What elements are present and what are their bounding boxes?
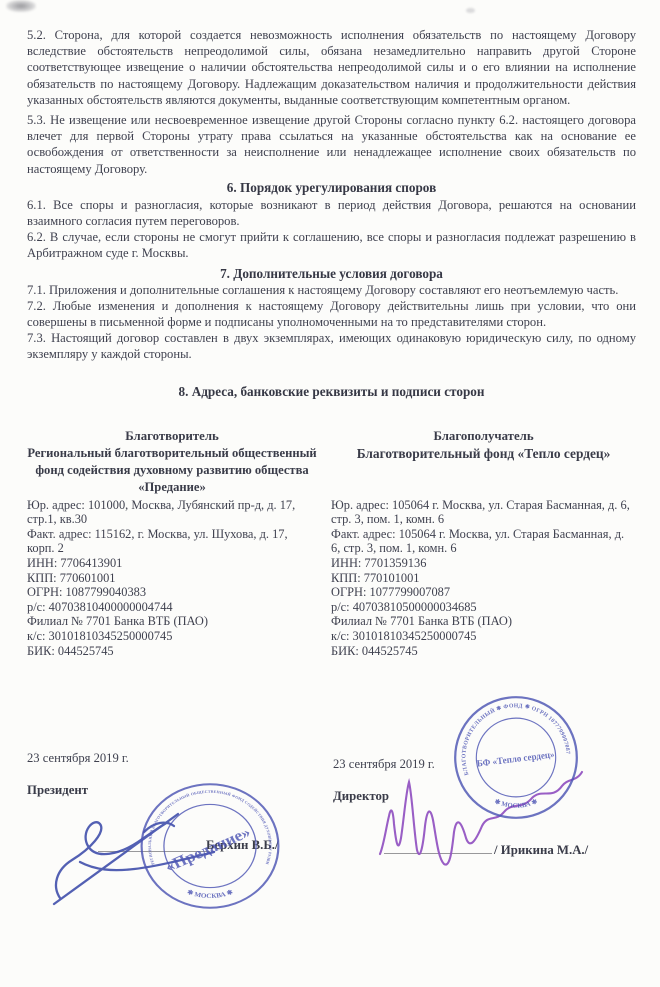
benefactor-signature-line [98,851,210,852]
benefactor-title: Президент [27,783,88,798]
beneficiary-header: Благополучатель Благотворительный фонд «… [331,428,636,498]
clause-5-2: 5.2. Сторона, для которой создается нево… [27,27,636,108]
beneficiary-signatory-name: / Ирикина М.А./ [494,843,588,858]
section-7-heading: 7. Дополнительные условия договора [27,265,636,282]
beneficiary-stamp-ring-text: БЛАГОТВОРИТЕЛЬНЫЙ ✱ ФОНД ✱ ОГРН 10777990… [461,703,570,776]
beneficiary-name: Благотворительный фонд «Тепло сердец» [331,445,636,462]
detail-line: р/с: 40703810400000004744 [27,600,317,615]
detail-line: КПП: 770101001 [331,571,636,586]
benefactor-signature-ink [46,798,226,910]
detail-line: БИК: 044525745 [27,644,317,659]
clause-7-3: 7.3. Настоящий договор составлен в двух … [27,330,636,362]
beneficiary-details: Юр. адрес: 105064 г. Москва, ул. Старая … [331,498,636,659]
clause-7-2: 7.2. Любые изменения и дополнения к наст… [27,298,636,330]
benefactor-signatory-name: Берхин В.Б./ [206,838,279,853]
requisites-columns: Благотворитель Региональный благотворите… [27,428,636,659]
detail-line: р/с: 40703810500000034685 [331,600,636,615]
detail-line: ОГРН: 1077799007087 [331,585,636,600]
clause-5-3: 5.3. Не извещение или несвоевременное из… [27,112,636,177]
beneficiary-signature-ink [376,766,590,876]
benefactor-header: Благотворитель Региональный благотворите… [27,428,317,498]
benefactor-column: Благотворитель Региональный благотворите… [27,428,317,659]
svg-text:✱ МОСКВА ✱: ✱ МОСКВА ✱ [186,888,235,900]
clause-7-1: 7.1. Приложения и дополнительные соглаше… [27,282,636,298]
detail-line: Филиал № 7701 Банка ВТБ (ПАО) [27,614,317,629]
detail-line: Факт. адрес: 105064 г. Москва, ул. Стара… [331,527,636,556]
section-8-heading: 8. Адреса, банковские реквизиты и подпис… [27,383,636,400]
beneficiary-stamp-bottom-text: ✱ МОСКВА ✱ [493,797,539,810]
svg-text:РЕГИОНАЛЬНЫЙ БЛАГОТВОРИТЕЛЬНЫЙ: РЕГИОНАЛЬНЫЙ БЛАГОТВОРИТЕЛЬНЫЙ ОБЩЕСТВЕН… [138,781,272,865]
beneficiary-date: 23 сентября 2019 г. [333,757,435,772]
detail-line: Филиал № 7701 Банка ВТБ (ПАО) [331,614,636,629]
contract-body: 5.2. Сторона, для которой создается нево… [0,0,660,658]
benefactor-stamp: РЕГИОНАЛЬНЫЙ БЛАГОТВОРИТЕЛЬНЫЙ ОБЩЕСТВЕН… [138,781,282,911]
detail-line: Факт. адрес: 115162, г. Москва, ул. Шухо… [27,527,317,556]
benefactor-stamp-ring-text: РЕГИОНАЛЬНЫЙ БЛАГОТВОРИТЕЛЬНЫЙ ОБЩЕСТВЕН… [138,781,272,865]
section-6-heading: 6. Порядок урегулирования споров [27,179,636,196]
svg-text:✱ МОСКВА ✱: ✱ МОСКВА ✱ [493,797,539,810]
detail-line: КПП: 770601001 [27,571,317,586]
detail-line: Юр. адрес: 101000, Москва, Лубянский пр-… [27,498,317,527]
benefactor-stamp-center-text: «Предание» [161,823,253,876]
beneficiary-column: Благополучатель Благотворительный фонд «… [331,428,636,659]
detail-line: к/с: 30101810345250000745 [331,629,636,644]
benefactor-role: Благотворитель [27,428,317,445]
benefactor-details: Юр. адрес: 101000, Москва, Лубянский пр-… [27,498,317,659]
detail-line: БИК: 044525745 [331,644,636,659]
beneficiary-stamp: БЛАГОТВОРИТЕЛЬНЫЙ ✱ ФОНД ✱ ОГРН 10777990… [452,694,580,821]
clause-6-1: 6.1. Все споры и разногласия, которые во… [27,197,636,229]
beneficiary-role: Благополучатель [331,428,636,445]
beneficiary-stamp-center-text: БФ «Тепло сердец» [476,749,555,769]
benefactor-date: 23 сентября 2019 г. [27,751,129,766]
svg-text:БЛАГОТВОРИТЕЛЬНЫЙ ✱ ФОНД ✱ ОГР: БЛАГОТВОРИТЕЛЬНЫЙ ✱ ФОНД ✱ ОГРН 10777990… [461,703,570,776]
beneficiary-title: Директор [333,789,389,804]
detail-line: к/с: 30101810345250000745 [27,629,317,644]
benefactor-stamp-bottom-text: ✱ МОСКВА ✱ [186,888,235,900]
contract-page: 5.2. Сторона, для которой создается нево… [0,0,660,987]
benefactor-name: Региональный благотворительный обществен… [27,445,317,496]
detail-line: ИНН: 7706413901 [27,556,317,571]
beneficiary-signature-line [384,853,492,854]
detail-line: ОГРН: 1087799040383 [27,585,317,600]
detail-line: ИНН: 7701359136 [331,556,636,571]
detail-line: Юр. адрес: 105064 г. Москва, ул. Старая … [331,498,636,527]
clause-6-2: 6.2. В случае, если стороны не смогут пр… [27,229,636,261]
